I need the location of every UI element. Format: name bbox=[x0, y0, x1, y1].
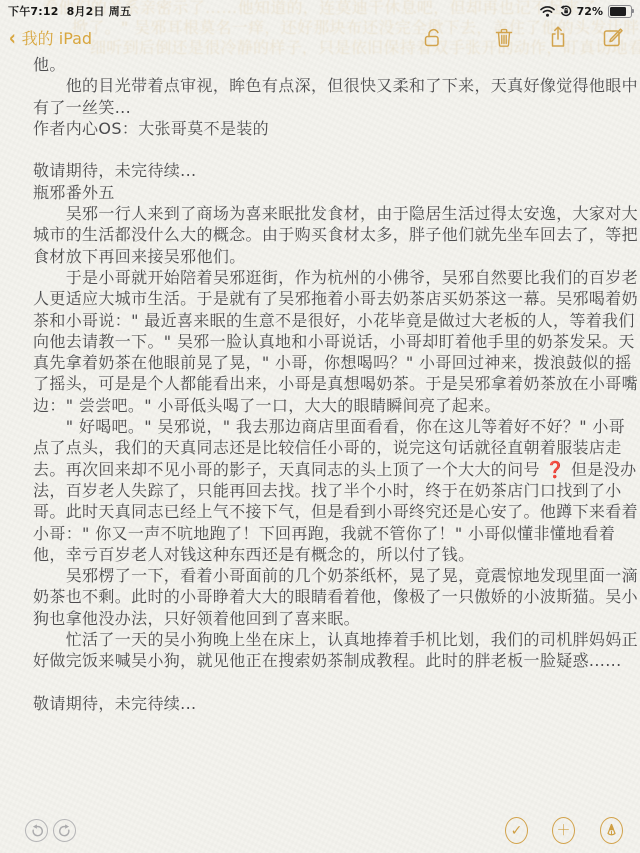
note-line: 向他去请教一下。" 吴邪一脸认真地和小哥说话，小哥却盯着他手里的奶茶发呆。天 bbox=[33, 331, 607, 352]
note-line: 小哥：" 你又一声不吭地跑了！下回再跑，我就不管你了！" 小哥似懂非懂地看着 bbox=[33, 523, 607, 544]
unlock-icon bbox=[421, 26, 444, 49]
note-line: 奶茶也不剩。此时的小哥睁着大大的眼睛看着他，像极了一只傲娇的小波斯猫。吴小 bbox=[33, 586, 607, 607]
note-line-text: 但是没办 bbox=[566, 460, 637, 479]
note-body[interactable]: 他。 他的目光带着点审视，眸色有点深，但很快又柔和了下来，天真好像觉得他眼中 有… bbox=[33, 54, 607, 714]
note-line-text: 去。再次回来却不见小哥的影子，天真同志的头上顶了一个大大的问号 bbox=[33, 460, 545, 479]
markup-pen-icon bbox=[604, 823, 619, 839]
note-line: 他，幸亏百岁老人对钱这种东西还是有概念的，所以付了钱。 bbox=[33, 544, 607, 565]
rotation-lock-icon bbox=[560, 5, 572, 17]
note-line: 敬请期待，未完待续... bbox=[33, 693, 607, 714]
checklist-button[interactable]: ✓ bbox=[505, 817, 528, 844]
note-line: 食材放下再回来接吴邪他们。 bbox=[33, 246, 607, 267]
undo-icon bbox=[30, 824, 44, 838]
share-button[interactable] bbox=[546, 25, 570, 49]
status-datetime: 下午7:12 8月2日 周五 bbox=[8, 3, 131, 19]
wifi-icon bbox=[540, 6, 555, 17]
compose-button[interactable] bbox=[600, 25, 624, 49]
markup-button[interactable] bbox=[600, 817, 623, 844]
status-bar: 下午7:12 8月2日 周五 72% bbox=[0, 0, 640, 22]
note-line: " 好喝吧。" 吴邪说，" 我去那边商店里面看看，你在这儿等着好不好？" 小哥 bbox=[33, 416, 607, 437]
nav-bar: ‹ 我的 iPad bbox=[0, 22, 640, 56]
note-line: 边：" 尝尝吧。" 小哥低头喝了一口，大大的眼睛瞬间亮了起来。 bbox=[33, 395, 607, 416]
unlock-button[interactable] bbox=[420, 25, 444, 49]
bottom-toolbar: ✓ ＋ bbox=[0, 810, 640, 853]
chevron-left-icon: ‹ bbox=[9, 28, 16, 48]
red-question-mark-emoji: ❓ bbox=[545, 460, 565, 479]
note-line: 法，百岁老人失踪了，只能再回去找。找了半个小时，终于在奶茶店门口找到了小 bbox=[33, 480, 607, 501]
undo-button[interactable] bbox=[25, 819, 48, 842]
note-line bbox=[33, 139, 607, 160]
compose-icon bbox=[601, 26, 624, 49]
delete-button[interactable] bbox=[492, 25, 516, 49]
note-line: 茶和小哥说：" 最近喜来眠的生意不是很好，小花毕竟是做过大老板的人，等着我们 bbox=[33, 310, 607, 331]
note-line: 点了点头，我们的天真同志还是比较信任小哥的，说完这句话就径直朝着服装店走 bbox=[33, 437, 607, 458]
battery-percent: 72% bbox=[577, 5, 603, 18]
note-line: 敬请期待，未完待续... bbox=[33, 160, 607, 181]
redo-button[interactable] bbox=[53, 819, 76, 842]
plus-icon: ＋ bbox=[557, 824, 571, 838]
note-line: 他。 bbox=[33, 54, 607, 75]
note-line: 瓶邪番外五 bbox=[33, 182, 607, 203]
status-date: 8月2日 周五 bbox=[67, 5, 132, 18]
back-button[interactable]: ‹ 我的 iPad bbox=[8, 26, 92, 49]
note-line bbox=[33, 672, 607, 693]
note-line: 他的目光带着点审视，眸色有点深，但很快又柔和了下来，天真好像觉得他眼中 bbox=[33, 75, 607, 96]
battery-icon bbox=[608, 5, 632, 18]
back-label: 我的 iPad bbox=[22, 26, 92, 49]
note-line: 于是小哥就开始陪着吴邪逛街，作为杭州的小佛爷，吴邪自然要比我们的百岁老 bbox=[33, 267, 607, 288]
note-line: 吴邪楞了一下，看着小哥面前的几个奶茶纸杯，晃了晃，竟震惊地发现里面一滴 bbox=[33, 565, 607, 586]
checkmark-icon: ✓ bbox=[511, 824, 523, 838]
note-line: 好做完饭来喊吴小狗，就见他正在搜索奶茶制成教程。此时的胖老板一脸疑惑...... bbox=[33, 650, 607, 671]
note-line: 城市的生活都没什么大的概念。由于购买食材太多，胖子他们就先坐车回去了，等把 bbox=[33, 224, 607, 245]
note-line: 真先拿着奶茶在他眼前晃了晃，" 小哥，你想喝吗？" 小哥回过神来，拨浪鼓似的摇 bbox=[33, 352, 607, 373]
note-line: 哥。此时天真同志已经上气不接下气，但是看到小哥终究还是心安了。他蹲下来看着 bbox=[33, 501, 607, 522]
note-line-with-emoji: 去。再次回来却不见小哥的影子，天真同志的头上顶了一个大大的问号 ❓ 但是没办 bbox=[33, 459, 607, 480]
note-line: 人更适应大城市生活。于是就有了吴邪拖着小哥去奶茶店买奶茶这一幕。吴邪喝着奶 bbox=[33, 288, 607, 309]
status-time: 下午7:12 bbox=[8, 5, 59, 18]
share-icon bbox=[547, 25, 569, 49]
note-line: 忙活了一天的吴小狗晚上坐在床上，认真地捧着手机比划，我们的司机胖妈妈正 bbox=[33, 629, 607, 650]
redo-icon bbox=[58, 824, 72, 838]
note-line: 作者内心OS：大张哥莫不是装的 bbox=[33, 118, 607, 139]
note-line: 狗也拿他没办法，只好领着他回到了喜来眠。 bbox=[33, 608, 607, 629]
trash-icon bbox=[493, 26, 515, 49]
note-line: 有了一丝笑... bbox=[33, 97, 607, 118]
note-line: 吴邪一行人来到了商场为喜来眠批发食材，由于隐居生活过得太安逸，大家对大 bbox=[33, 203, 607, 224]
note-line: 了摇头，可是是个人都能看出来，小哥是真想喝奶茶。于是吴邪拿着奶茶放在小哥嘴 bbox=[33, 373, 607, 394]
insert-button[interactable]: ＋ bbox=[552, 817, 575, 844]
